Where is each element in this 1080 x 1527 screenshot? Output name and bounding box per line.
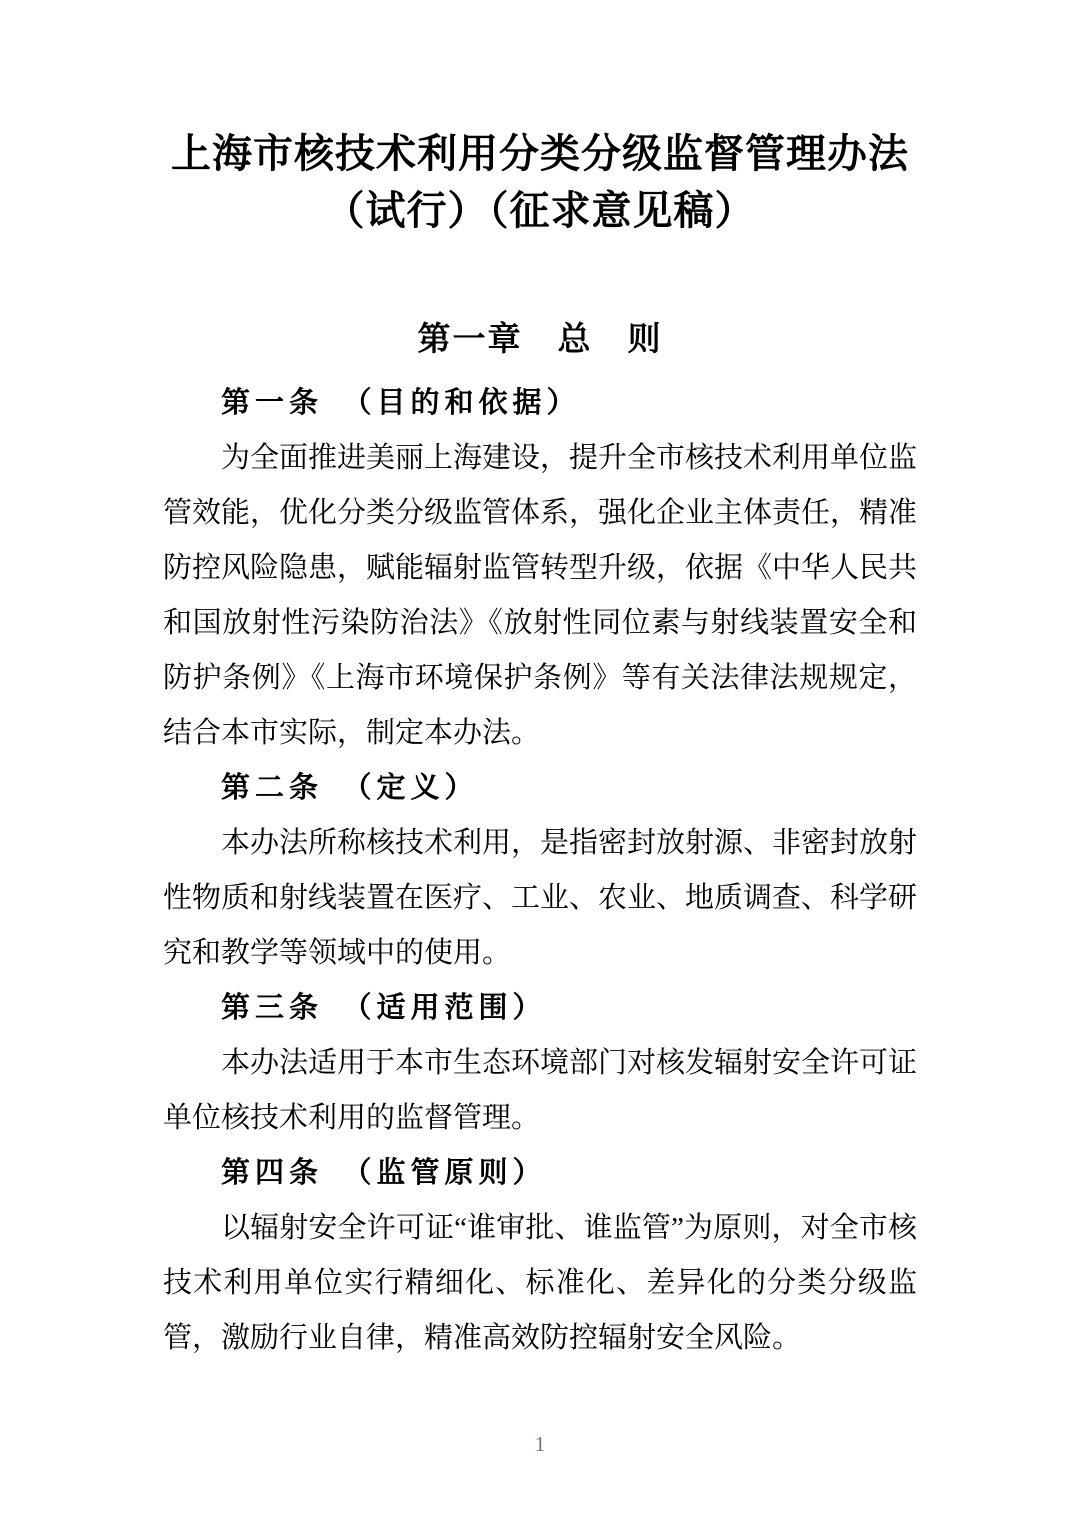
page-number: 1: [0, 1430, 1080, 1458]
article-2-heading: 第二条 （定义）: [163, 761, 917, 816]
document-page: 上海市核技术利用分类分级监督管理办法 （试行）（征求意见稿） 第一章 总 则 第…: [0, 0, 1080, 1527]
chapter-heading: 第一章 总 则: [0, 316, 1080, 362]
article-2-text: 本办法所称核技术利用，是指密封放射源、非密封放射性物质和射线装置在医疗、工业、农…: [163, 816, 917, 981]
article-1-heading: 第一条 （目的和依据）: [163, 376, 917, 431]
article-3-text: 本办法适用于本市生态环境部门对核发辐射安全许可证单位核技术利用的监督管理。: [163, 1036, 917, 1146]
article-3: 第三条 （适用范围） 本办法适用于本市生态环境部门对核发辐射安全许可证单位核技术…: [163, 981, 917, 1146]
article-2: 第二条 （定义） 本办法所称核技术利用，是指密封放射源、非密封放射性物质和射线装…: [163, 761, 917, 981]
document-body: 第一条 （目的和依据） 为全面推进美丽上海建设，提升全市核技术利用单位监管效能，…: [163, 376, 917, 1366]
article-1-text: 为全面推进美丽上海建设，提升全市核技术利用单位监管效能，优化分类分级监管体系，强…: [163, 431, 917, 761]
article-4: 第四条 （监管原则） 以辐射安全许可证“谁审批、谁监管”为原则，对全市核技术利用…: [163, 1146, 917, 1366]
document-title-line2: （试行）（征求意见稿）: [0, 183, 1080, 240]
article-4-heading: 第四条 （监管原则）: [163, 1146, 917, 1201]
article-4-text: 以辐射安全许可证“谁审批、谁监管”为原则，对全市核技术利用单位实行精细化、标准化…: [163, 1201, 917, 1366]
article-3-heading: 第三条 （适用范围）: [163, 981, 917, 1036]
document-title-line1: 上海市核技术利用分类分级监督管理办法: [0, 126, 1080, 183]
article-1: 第一条 （目的和依据） 为全面推进美丽上海建设，提升全市核技术利用单位监管效能，…: [163, 376, 917, 761]
document-title: 上海市核技术利用分类分级监督管理办法 （试行）（征求意见稿）: [0, 0, 1080, 240]
